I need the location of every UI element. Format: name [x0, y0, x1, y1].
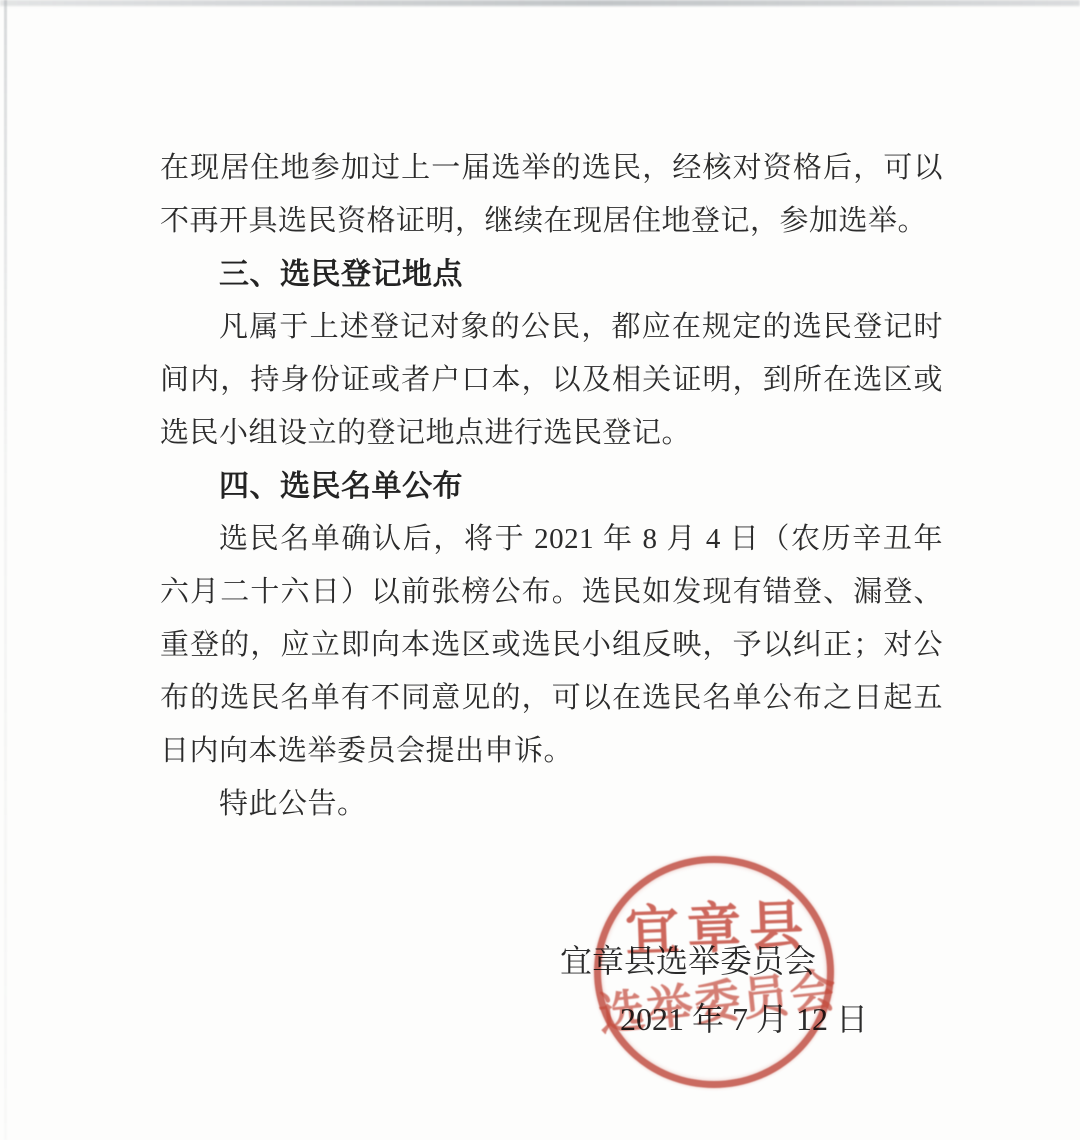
body-line: 布的选民名单有不同意见的，可以在选民名单公布之日起五 [160, 672, 943, 725]
body-line: 凡属于上述登记对象的公民，都应在规定的选民登记时 [160, 301, 943, 354]
body-line: 不再开具选民资格证明，继续在现居住地登记，参加选举。 [160, 195, 943, 248]
body-line: 日内向本选举委员会提出申诉。 [160, 725, 943, 778]
body-line: 选民小组设立的登记地点进行选民登记。 [160, 407, 943, 460]
closing-line: 特此公告。 [160, 778, 943, 831]
signature-date: 2021 年 7 月 12 日 [620, 994, 868, 1044]
scanned-notice-page: 在现居住地参加过上一届选举的选民，经核对资格后，可以 不再开具选民资格证明，继续… [0, 0, 1080, 1140]
body-line: 六月二十六日）以前张榜公布。选民如发现有错登、漏登、 [160, 566, 943, 619]
body-line: 在现居住地参加过上一届选举的选民，经核对资格后，可以 [160, 142, 943, 195]
body-line: 选民名单确认后，将于 2021 年 8 月 4 日（农历辛丑年 [160, 513, 943, 566]
section-heading-3: 三、选民登记地点 [160, 248, 943, 301]
body-line: 间内，持身份证或者户口本，以及相关证明，到所在选区或 [160, 354, 943, 407]
section-heading-4: 四、选民名单公布 [160, 460, 943, 513]
signature-committee-name: 宜章县选举委员会 [560, 936, 816, 986]
document-body: 在现居住地参加过上一届选举的选民，经核对资格后，可以 不再开具选民资格证明，继续… [160, 142, 943, 831]
scan-artifact-top-edge [0, 0, 1080, 6]
scan-artifact-left-edge [4, 0, 7, 1140]
body-line: 重登的，应立即向本选区或选民小组反映，予以纠正；对公 [160, 619, 943, 672]
